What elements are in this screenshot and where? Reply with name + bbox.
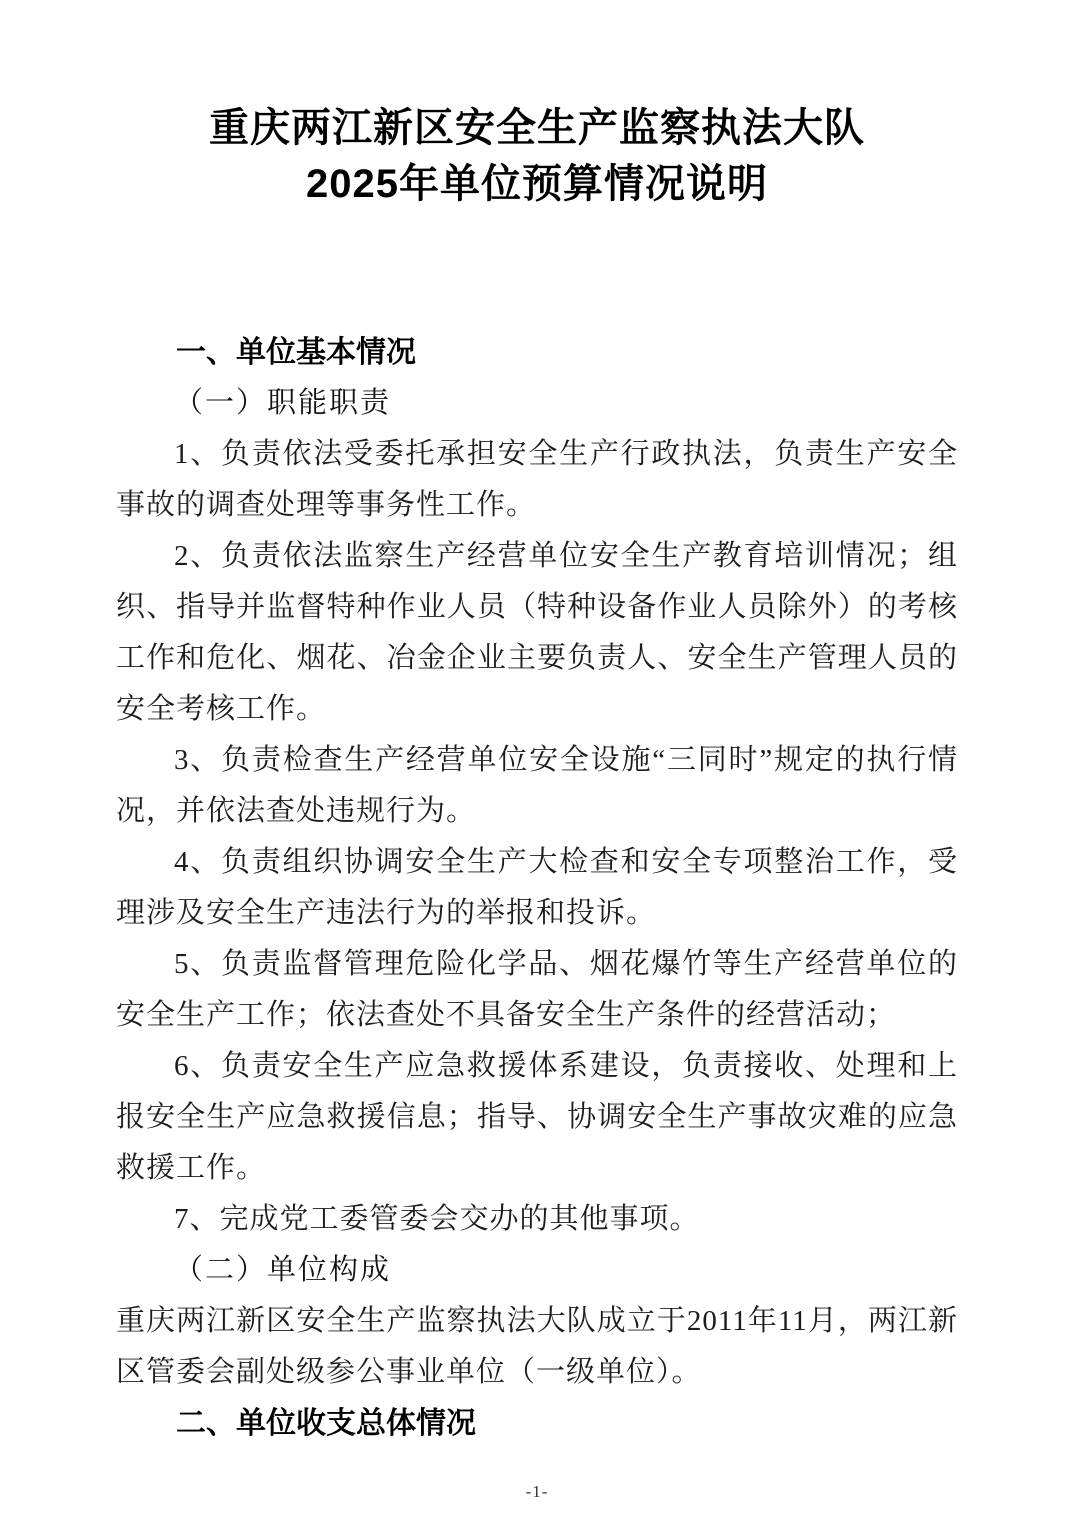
duty-item-2: 2、负责依法监察生产经营单位安全生产教育培训情况；组织、指导并监督特种作业人员（… <box>116 531 958 735</box>
page-number: -1- <box>0 1482 1074 1502</box>
document-title: 重庆两江新区安全生产监察执法大队 2025年单位预算情况说明 <box>116 100 958 212</box>
duty-item-5: 5、负责监督管理危险化学品、烟花爆竹等生产经营单位的安全生产工作；依法查处不具备… <box>116 939 958 1041</box>
duty-item-7: 7、完成党工委管委会交办的其他事项。 <box>116 1194 958 1245</box>
composition-paragraph: 重庆两江新区安全生产监察执法大队成立于2011年11月，两江新区管委会副处级参公… <box>116 1296 958 1398</box>
document-body: 一、单位基本情况 （一）职能职责 1、负责依法受委托承担安全生产行政执法，负责生… <box>116 327 958 1449</box>
duty-item-6: 6、负责安全生产应急救援体系建设，负责接收、处理和上报安全生产应急救援信息；指导… <box>116 1041 958 1194</box>
document-title-line-1: 重庆两江新区安全生产监察执法大队 <box>116 100 958 156</box>
duty-item-4: 4、负责组织协调安全生产大检查和安全专项整治工作，受理涉及安全生产违法行为的举报… <box>116 837 958 939</box>
duty-item-1: 1、负责依法受委托承担安全生产行政执法，负责生产安全事故的调查处理等事务性工作。 <box>116 429 958 531</box>
heading-section-2-revenue-expenditure: 二、单位收支总体情况 <box>116 1398 958 1449</box>
document-page: 重庆两江新区安全生产监察执法大队 2025年单位预算情况说明 一、单位基本情况 … <box>0 0 1074 1520</box>
document-content: 重庆两江新区安全生产监察执法大队 2025年单位预算情况说明 一、单位基本情况 … <box>116 100 958 1449</box>
duty-item-3: 3、负责检查生产经营单位安全设施“三同时”规定的执行情况，并依法查处违规行为。 <box>116 735 958 837</box>
heading-section-1-basic-info: 一、单位基本情况 <box>116 327 958 378</box>
heading-subsection-duties: （一）职能职责 <box>116 378 958 429</box>
document-title-line-2: 2025年单位预算情况说明 <box>116 156 958 212</box>
heading-subsection-composition: （二）单位构成 <box>116 1245 958 1296</box>
